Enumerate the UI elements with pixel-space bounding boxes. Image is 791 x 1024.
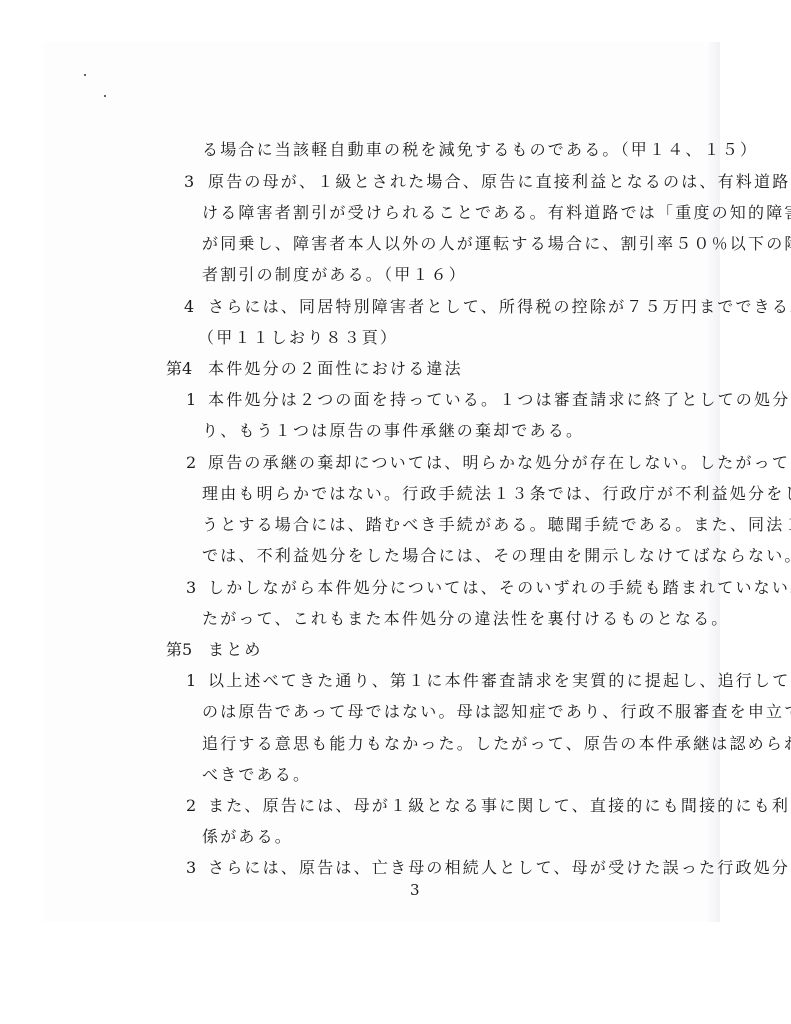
text-line: 係がある。 <box>202 827 293 847</box>
text-line: 追行する意思も能力もなかった。したがって、原告の本件承継は認められる <box>202 734 791 754</box>
text-line: また、原告には、母が１級となる事に関して、直接的にも間接的にも利害関 <box>208 796 791 816</box>
text-line: る場合に当該軽自動車の税を減免するものである。（甲１４、１５） <box>202 140 758 160</box>
text-line: ける障害者割引が受けられることである。有料道路では「重度の知的障害者 <box>202 203 791 223</box>
text-line: （甲１１しおり８３頁） <box>198 328 398 348</box>
section-number: 第5 <box>166 640 192 660</box>
section-heading: まとめ <box>208 640 263 660</box>
item-number: 3 <box>186 858 196 878</box>
item-number: 4 <box>184 297 194 317</box>
text-line: たがって、これもまた本件処分の違法性を裏付けるものとなる。 <box>202 609 729 629</box>
text-line: 理由も明らかではない。行政手続法１３条では、行政庁が不利益処分をしよ <box>202 484 791 504</box>
item-number: 1 <box>186 671 196 691</box>
text-line: 以上述べてきた通り、第１に本件審査請求を実質的に提起し、追行してきた <box>208 671 791 691</box>
section-number: 第4 <box>166 359 192 379</box>
section-heading: 本件処分の２面性における違法 <box>208 359 463 379</box>
text-line: 原告の承継の棄却については、明らかな処分が存在しない。したがってその <box>208 453 791 473</box>
text-line: うとする場合には、踏むべき手続がある。聴聞手続である。また、同法１４条 <box>202 515 791 535</box>
page-number: 3 <box>410 880 420 900</box>
text-line: では、不利益処分をした場合には、その理由を開示しなけてばならない。 <box>202 546 791 566</box>
item-number: 3 <box>184 172 194 192</box>
item-number: 3 <box>186 578 196 598</box>
text-line: 者割引の制度がある。（甲１６） <box>202 265 467 285</box>
text-line: 本件処分は２つの面を持っている。１つは審査請求に終了としての処分であ <box>208 390 791 410</box>
text-line: り、もう１つは原告の事件承継の棄却である。 <box>202 421 584 441</box>
item-number: 1 <box>186 390 196 410</box>
item-number: 2 <box>186 453 196 473</box>
scan-speck <box>84 74 86 76</box>
item-number: 2 <box>186 796 196 816</box>
text-line: べきである。 <box>202 765 311 785</box>
scan-speck <box>104 95 106 97</box>
text-line: のは原告であって母ではない。母は認知症であり、行政不服審査を申立て、 <box>202 702 791 722</box>
text-line: さらには、同居特別障害者として、所得税の控除が７５万円までできる。 <box>208 297 791 317</box>
text-line: さらには、原告は、亡き母の相続人として、母が受けた誤った行政処分を訂 <box>208 858 791 878</box>
text-line: しかしながら本件処分については、そのいずれの手続も踏まれていない。し <box>208 578 791 598</box>
text-line: が同乗し、障害者本人以外の人が運転する場合に、割引率５０％以下の障害 <box>202 234 791 254</box>
text-line: 原告の母が、１級とされた場合、原告に直接利益となるのは、有料道路にお <box>208 172 791 192</box>
